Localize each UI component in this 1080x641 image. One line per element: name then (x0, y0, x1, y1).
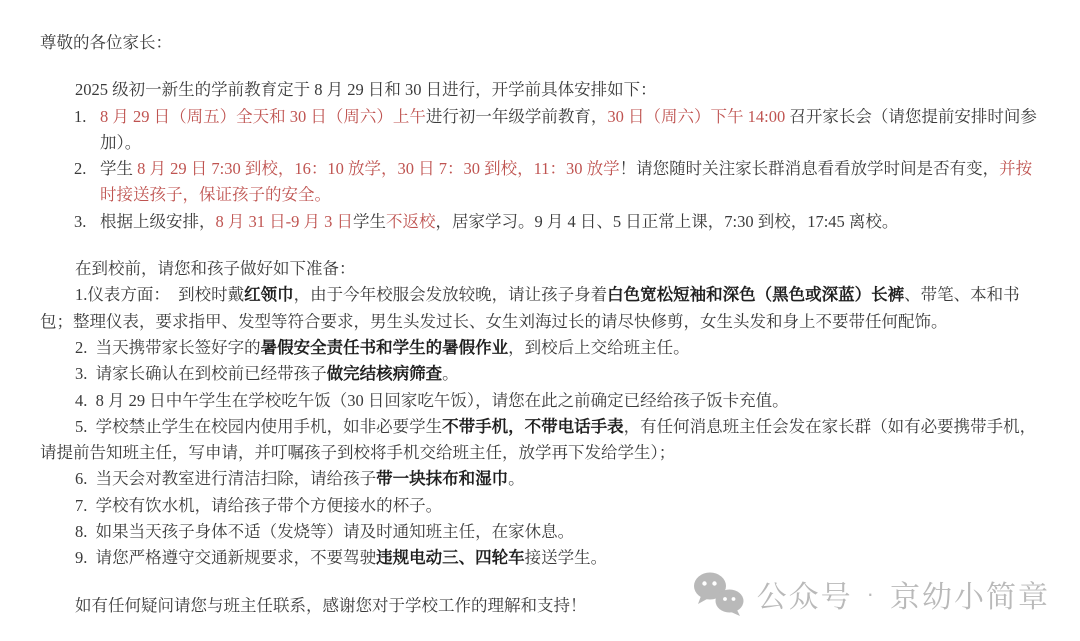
body-text: ，由于今年校服会发放较晚，请让孩子身着 (294, 285, 608, 304)
wechat-icon (693, 571, 745, 617)
page: { "colors": { "text": "#3a3a3a", "red": … (0, 0, 1080, 641)
body-text: 进行初一年级学前教育， (426, 107, 608, 126)
body-text: 学生 (100, 159, 137, 178)
emphasis-text: 带一块抹布和湿巾 (376, 469, 508, 488)
body-text: 。 (442, 364, 459, 383)
document-body: 2025 级初一新生的学前教育定于 8 月 29 日和 30 日进行，开学前具体… (40, 77, 1040, 619)
paragraph: 2. 当天携带家长签好字的暑假安全责任书和学生的暑假作业，到校后上交给班主任。 (40, 335, 1040, 361)
body-text: 1.仪表方面： 到校时戴 (75, 285, 244, 304)
paragraph: 7. 学校有饮水机，请给孩子带个方便接水的杯子。 (40, 493, 1040, 519)
watermark-account-name: 京幼小简章 (890, 572, 1050, 616)
body-text: 6. 当天会对教室进行清洁扫除，请给孩子 (75, 469, 376, 488)
emphasis-text: 红领巾 (244, 285, 294, 304)
watermark-account-label: 公众号 (757, 572, 853, 616)
wechat-watermark: 公众号 · 京幼小简章 (693, 571, 1050, 617)
highlight-red-text: 8 月 29 日（周五）全天和 30 日（周六）上午 (100, 107, 426, 126)
list-item: 3.根据上级安排，8 月 31 日-9 月 3 日学生不返校，居家学习。9 月 … (40, 209, 1040, 235)
body-text: 学生 (353, 212, 386, 231)
body-text: 。 (508, 469, 525, 488)
watermark-separator: · (865, 581, 878, 607)
body-text: 2. 当天携带家长签好字的 (75, 338, 261, 357)
emphasis-text: 做完结核病筛查 (327, 364, 443, 383)
body-text: 9. 请您严格遵守交通新规要求，不要驾驶 (75, 548, 376, 567)
paragraph: 2025 级初一新生的学前教育定于 8 月 29 日和 30 日进行，开学前具体… (40, 77, 1040, 103)
body-text: 如有任何疑问请您与班主任联系，感谢您对于学校工作的理解和支持！ (75, 596, 587, 615)
body-text: ！请您随时关注家长群消息看看放学时间是否有变， (620, 159, 1000, 178)
notice-document: 尊敬的各位家长： 2025 级初一新生的学前教育定于 8 月 29 日和 30 … (40, 0, 1040, 619)
paragraph: 3. 请家长确认在到校前已经带孩子做完结核病筛查。 (40, 361, 1040, 387)
paragraph: 1.仪表方面： 到校时戴红领巾，由于今年校服会发放较晚，请让孩子身着白色宽松短袖… (40, 282, 1040, 335)
list-item: 1.8 月 29 日（周五）全天和 30 日（周六）上午进行初一年级学前教育，3… (40, 104, 1040, 157)
list-item: 2.学生 8 月 29 日 7:30 到校，16：10 放学，30 日 7：30… (40, 156, 1040, 209)
emphasis-text: 白色宽松短袖和深色（黑色或深蓝）长裤 (607, 285, 904, 304)
body-text: 7. 学校有饮水机，请给孩子带个方便接水的杯子。 (75, 496, 442, 515)
body-text: 8. 如果当天孩子身体不适（发烧等）请及时通知班主任，在家休息。 (75, 522, 574, 541)
emphasis-text: 不带手机，不带电话手表 (442, 417, 624, 436)
body-text: 2025 级初一新生的学前教育定于 8 月 29 日和 30 日进行，开学前具体… (75, 80, 657, 99)
highlight-red-text: 30 日（周六）下午 14:00 (607, 107, 789, 126)
paragraph: 5. 学校禁止学生在校园内使用手机，如非必要学生不带手机，不带电话手表，有任何消… (40, 414, 1040, 467)
body-text: 4. 8 月 29 日中午学生在学校吃午饭（30 日回家吃午饭），请您在此之前确… (75, 391, 789, 410)
body-text: 5. 学校禁止学生在校园内使用手机，如非必要学生 (75, 417, 442, 436)
body-text: ，居家学习。9 月 4 日、5 日正常上课，7:30 到校，17:45 离校。 (436, 212, 899, 231)
item-number: 1. (40, 104, 100, 130)
paragraph: 8. 如果当天孩子身体不适（发烧等）请及时通知班主任，在家休息。 (40, 519, 1040, 545)
paragraph: 6. 当天会对教室进行清洁扫除，请给孩子带一块抹布和湿巾。 (40, 466, 1040, 492)
paragraph: 在到校前，请您和孩子做好如下准备： (40, 256, 1040, 282)
body-text: 根据上级安排， (100, 212, 216, 231)
greeting: 尊敬的各位家长： (40, 30, 1040, 56)
blank-line (40, 235, 1040, 256)
highlight-red-text: 不返校 (386, 212, 436, 231)
highlight-red-text: 8 月 31 日-9 月 3 日 (216, 212, 354, 231)
item-number: 2. (40, 156, 100, 182)
paragraph: 9. 请您严格遵守交通新规要求，不要驾驶违规电动三、四轮车接送学生。 (40, 545, 1040, 571)
paragraph: 4. 8 月 29 日中午学生在学校吃午饭（30 日回家吃午饭），请您在此之前确… (40, 388, 1040, 414)
body-text: 在到校前，请您和孩子做好如下准备： (75, 259, 356, 278)
emphasis-text: 暑假安全责任书和学生的暑假作业 (261, 338, 509, 357)
emphasis-text: 违规电动三、四轮车 (376, 548, 525, 567)
body-text: 3. 请家长确认在到校前已经带孩子 (75, 364, 327, 383)
body-text: 接送学生。 (525, 548, 608, 567)
highlight-red-text: 8 月 29 日 7:30 到校，16：10 放学，30 日 7：30 到校，1… (137, 159, 619, 178)
item-number: 3. (40, 209, 100, 235)
body-text: ，到校后上交给班主任。 (508, 338, 690, 357)
